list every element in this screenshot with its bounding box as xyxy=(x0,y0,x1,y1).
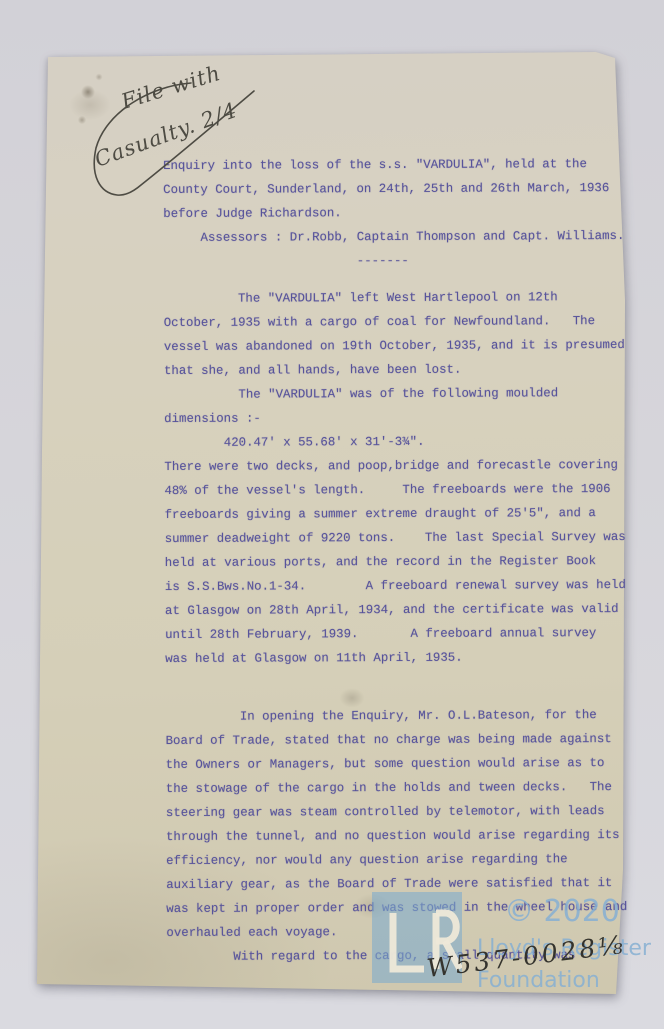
typed-line: steering gear was steam controlled by te… xyxy=(166,799,627,825)
typed-line: held at various ports, and the record in… xyxy=(165,549,626,575)
paragraph-enquiry-opening: In opening the Enquiry, Mr. O.L.Bateson,… xyxy=(165,703,627,969)
reference-code-text: W537-0028⅛ xyxy=(425,933,627,983)
reference-code-handwriting: W537-0028⅛ xyxy=(418,933,638,1003)
typed-line: the stowage of the cargo in the holds an… xyxy=(166,775,627,801)
typed-line: vessel was abandoned on 19th October, 19… xyxy=(164,333,625,359)
typed-line: There were two decks, and poop,bridge an… xyxy=(164,453,625,479)
typed-line: 48% of the vessel's length. The freeboar… xyxy=(164,477,625,503)
typed-line: dimensions :- xyxy=(164,405,625,431)
typed-line: The "VARDULIA" was of the following moul… xyxy=(164,381,625,407)
typed-line: In opening the Enquiry, Mr. O.L.Bateson,… xyxy=(165,703,626,729)
typed-line: efficiency, nor would any question arise… xyxy=(166,847,627,873)
handwritten-note: File with Casualty. 2/4 xyxy=(60,55,290,220)
typed-line: is S.S.Bws.No.1-34. A freeboard renewal … xyxy=(165,573,626,599)
typed-line: auxiliary gear, as the Board of Trade we… xyxy=(166,871,627,897)
separator-dashes: ------- xyxy=(163,248,624,274)
typed-line-dimensions: 420.47' x 55.68' x 31'-3¾". xyxy=(164,429,625,455)
paragraph-vessel-details: The "VARDULIA" left West Hartlepool on 1… xyxy=(164,285,627,671)
typed-line: was held at Glasgow on 11th April, 1935. xyxy=(165,645,626,671)
typed-line: at Glasgow on 28th April, 1934, and the … xyxy=(165,597,626,623)
typed-text-block: Enquiry into the loss of the s.s. "VARDU… xyxy=(163,152,628,969)
typed-line: The "VARDULIA" left West Hartlepool on 1… xyxy=(164,285,625,311)
handwritten-note-line2: Casualty. 2/4 xyxy=(92,98,241,172)
typed-line: until 28th February, 1939. A freeboard a… xyxy=(165,621,626,647)
typed-line: Board of Trade, stated that no charge wa… xyxy=(166,727,627,753)
typed-line: freeboards giving a summer extreme draug… xyxy=(165,501,626,527)
document-scan: Enquiry into the loss of the s.s. "VARDU… xyxy=(0,0,664,1029)
typed-line: that she, and all hands, have been lost. xyxy=(164,357,625,383)
typed-line: was kept in proper order and was stowed … xyxy=(166,895,627,921)
typed-line: summer deadweight of 9220 tons. The last… xyxy=(165,525,626,551)
typed-line: the Owners or Managers, but some questio… xyxy=(166,751,627,777)
typed-line: Assessors : Dr.Robb, Captain Thompson an… xyxy=(163,224,624,250)
typed-line: October, 1935 with a cargo of coal for N… xyxy=(164,309,625,335)
typed-line: through the tunnel, and no question woul… xyxy=(166,823,627,849)
